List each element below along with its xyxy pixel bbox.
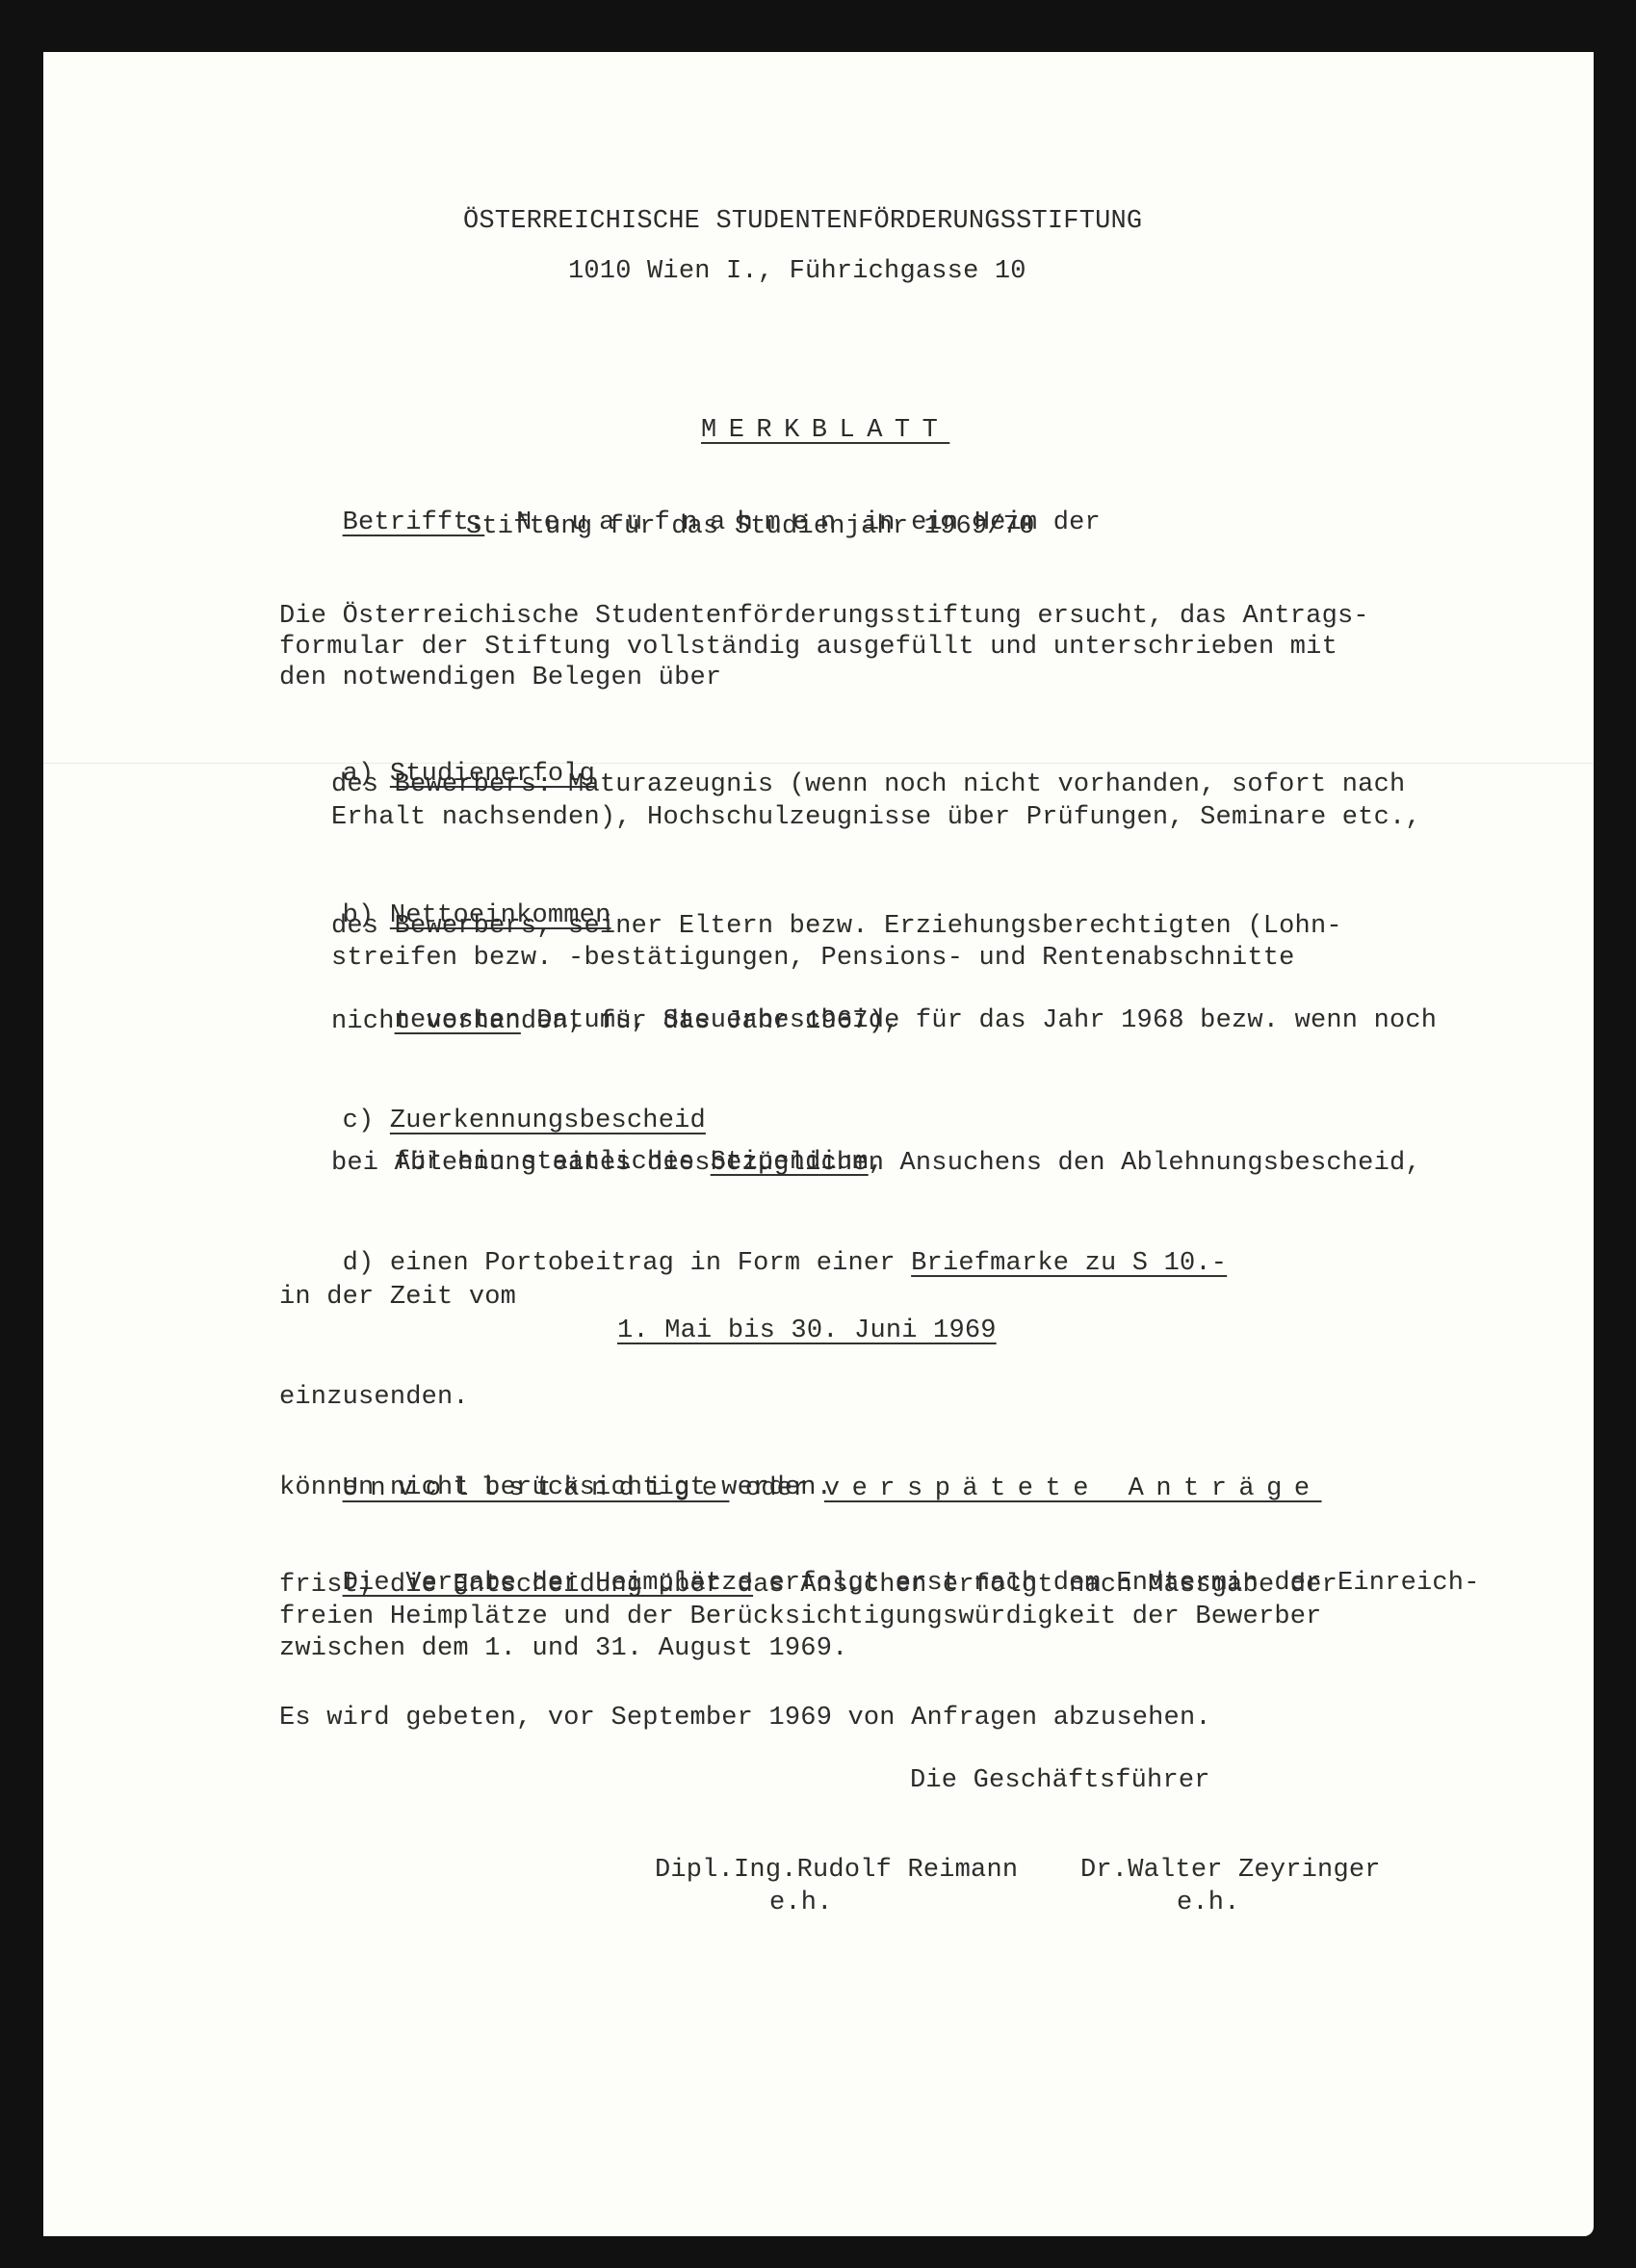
item-b-line-1: des Bewerbers, seiner Eltern bezw. Erzie… [331,911,1342,942]
organization-name: ÖSTERREICHISCHE STUDENTENFÖRDERUNGSSTIFT… [463,206,1142,237]
signer-1-name: Dipl.Ing.Rudolf Reimann [655,1855,1018,1886]
allocation-line-4: zwischen dem 1. und 31. August 1969. [279,1633,848,1664]
item-d-marker: d) [343,1249,375,1278]
intro-line-1: Die Österreichische Studentenförderungss… [279,601,1369,632]
item-d-emphasis: Briefmarke zu S 10.- [911,1249,1227,1278]
item-d-text: einen Portobeitrag in Form einer [374,1249,911,1278]
item-b-line-2: streifen bezw. -bestätigungen, Pensions-… [331,943,1295,974]
item-a-line-2: Erhalt nachsenden), Hochschulzeugnisse ü… [331,802,1421,833]
subject-label: Betrifft: [343,508,485,537]
item-a-line-1: des Bewerbers: Maturazeugnis (wenn noch … [331,769,1405,800]
paper-fold-line [43,763,1594,764]
period-closing: einzusenden. [279,1382,469,1413]
item-c-line-2: bei Ablehnung eines diesbezüglichen Ansu… [331,1148,1421,1179]
item-b-line-4: nicht vorhanden, für das Jahr 1967), [331,1006,900,1037]
signer-1-note: e.h. [769,1888,833,1918]
organization-address: 1010 Wien I., Führichgasse 10 [568,256,1026,287]
request-line: Es wird gebeten, vor September 1969 von … [279,1703,1211,1734]
document-page: ÖSTERREICHISCHE STUDENTENFÖRDERUNGSSTIFT… [43,52,1594,2236]
intro-line-2: formular der Stiftung vollständig ausgef… [279,632,1337,663]
subject-line2: Stiftung für das Studienjahr 1969/70 [466,511,1035,542]
period-lead: in der Zeit vom [279,1282,516,1313]
submission-period-dates: 1. Mai bis 30. Juni 1969 [617,1316,997,1346]
signer-2-name: Dr.Walter Zeyringer [1080,1855,1381,1886]
allocation-line-2: frist; die Entscheidung über das Ansuche… [279,1570,1337,1601]
allocation-line-3: freien Heimplätze und der Berücksichtigu… [279,1602,1322,1632]
warning-word-late: verspätete Anträge [824,1474,1322,1503]
signer-2-note: e.h. [1177,1888,1240,1918]
document-title: MERKBLATT [701,415,949,446]
signature-closing: Die Geschäftsführer [910,1765,1210,1796]
warning-line-2: können nicht berücksichtigt werden. [279,1473,832,1503]
intro-line-3: den notwendigen Belegen über [279,663,721,693]
